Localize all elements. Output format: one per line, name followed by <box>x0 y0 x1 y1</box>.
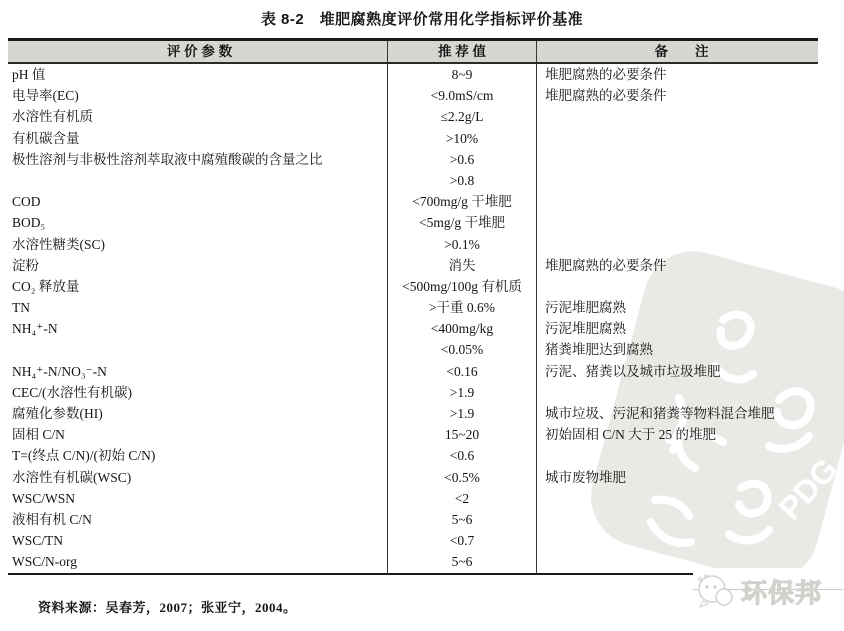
cell-recommended-value: >干重 0.6% <box>388 297 537 318</box>
cell-remark: 城市废物堆肥 <box>537 467 818 488</box>
cell-recommended-value: <2 <box>388 488 537 509</box>
table-row: <0.05% 猪粪堆肥达到腐熟 <box>8 339 818 360</box>
cell-remark <box>537 234 818 255</box>
table-row: 液相有机 C/N 5~6 <box>8 509 818 530</box>
cell-remark: 污泥堆肥腐熟 <box>537 318 818 339</box>
cell-remark: 城市垃圾、污泥和猪粪等物料混合堆肥 <box>537 403 818 424</box>
cell-parameter: 水溶性有机碳(WSC) <box>8 467 388 488</box>
cell-remark: 污泥堆肥腐熟 <box>537 297 818 318</box>
cell-parameter: 水溶性有机质 <box>8 106 388 127</box>
cell-remark <box>537 488 818 509</box>
cell-remark <box>537 382 818 403</box>
table-row: NH₄⁺-N <400mg/kg 污泥堆肥腐熟 <box>8 318 818 339</box>
cell-parameter: 极性溶剂与非极性溶剂萃取液中腐殖酸碳的含量之比 <box>8 149 388 170</box>
cell-recommended-value: ≤2.2g/L <box>388 106 537 127</box>
cell-remark <box>537 551 818 572</box>
table-row: 固相 C/N 15~20 初始固相 C/N 大于 25 的堆肥 <box>8 424 818 445</box>
brand-watermark: 环保邦 <box>693 568 843 614</box>
cell-parameter <box>8 170 388 191</box>
cell-recommended-value: <0.6 <box>388 445 537 466</box>
table-row: pH 值 8~9 堆肥腐熟的必要条件 <box>8 64 818 85</box>
criteria-table: 评 价 参 数 推 荐 值 备 注 pH 值 8~9 堆肥腐熟的必要条件 电导率… <box>8 38 818 575</box>
cell-recommended-value: <500mg/100g 有机质 <box>388 276 537 297</box>
table-row: CO₂ 释放量 <500mg/100g 有机质 <box>8 276 818 297</box>
cell-remark: 堆肥腐熟的必要条件 <box>537 64 818 85</box>
cell-recommended-value: 5~6 <box>388 551 537 572</box>
chat-bubble-icon <box>693 571 737 611</box>
cell-recommended-value: 8~9 <box>388 64 537 85</box>
header-parameter: 评 价 参 数 <box>8 41 388 62</box>
cell-remark <box>537 212 818 233</box>
cell-parameter: 淀粉 <box>8 255 388 276</box>
cell-remark <box>537 170 818 191</box>
table-row: 淀粉 消失 堆肥腐熟的必要条件 <box>8 255 818 276</box>
cell-recommended-value: >1.9 <box>388 382 537 403</box>
cell-parameter: CEC/(水溶性有机碳) <box>8 382 388 403</box>
table-row: TN >干重 0.6% 污泥堆肥腐熟 <box>8 297 818 318</box>
table-row: WSC/WSN <2 <box>8 488 818 509</box>
cell-parameter: 有机碳含量 <box>8 128 388 149</box>
table-row: >0.8 <box>8 170 818 191</box>
cell-recommended-value: <9.0mS/cm <box>388 85 537 106</box>
header-recommended-value: 推 荐 值 <box>388 41 537 62</box>
cell-parameter: CO₂ 释放量 <box>8 276 388 297</box>
brand-watermark-label: 环保邦 <box>741 573 822 610</box>
cell-parameter: WSC/N-org <box>8 551 388 572</box>
cell-parameter: 水溶性糖类(SC) <box>8 234 388 255</box>
table-row: 水溶性有机质 ≤2.2g/L <box>8 106 818 127</box>
cell-recommended-value: >0.8 <box>388 170 537 191</box>
cell-recommended-value: 15~20 <box>388 424 537 445</box>
table-row: 极性溶剂与非极性溶剂萃取液中腐殖酸碳的含量之比 >0.6 <box>8 149 818 170</box>
cell-parameter: WSC/TN <box>8 530 388 551</box>
cell-remark: 猪粪堆肥达到腐熟 <box>537 339 818 360</box>
cell-remark <box>537 445 818 466</box>
cell-remark <box>537 128 818 149</box>
cell-parameter: pH 值 <box>8 64 388 85</box>
cell-recommended-value: >0.6 <box>388 149 537 170</box>
table-row: 电导率(EC) <9.0mS/cm 堆肥腐熟的必要条件 <box>8 85 818 106</box>
cell-recommended-value: <400mg/kg <box>388 318 537 339</box>
cell-remark: 堆肥腐熟的必要条件 <box>537 85 818 106</box>
cell-recommended-value: >10% <box>388 128 537 149</box>
cell-parameter: NH₄⁺-N <box>8 318 388 339</box>
cell-parameter: WSC/WSN <box>8 488 388 509</box>
cell-parameter: 液相有机 C/N <box>8 509 388 530</box>
cell-remark <box>537 530 818 551</box>
cell-recommended-value: 消失 <box>388 255 537 276</box>
cell-remark <box>537 106 818 127</box>
cell-recommended-value: <0.7 <box>388 530 537 551</box>
table-row: NH₄⁺-N/NO₃⁻-N <0.16 污泥、猪粪以及城市垃圾堆肥 <box>8 361 818 382</box>
cell-parameter: 电导率(EC) <box>8 85 388 106</box>
cell-parameter: T=(终点 C/N)/(初始 C/N) <box>8 445 388 466</box>
cell-parameter: TN <box>8 297 388 318</box>
cell-recommended-value: >0.1% <box>388 234 537 255</box>
table-row: WSC/N-org 5~6 <box>8 551 818 572</box>
table-body: pH 值 8~9 堆肥腐熟的必要条件 电导率(EC) <9.0mS/cm 堆肥腐… <box>8 64 818 573</box>
cell-remark <box>537 191 818 212</box>
cell-remark <box>537 509 818 530</box>
cell-parameter: 固相 C/N <box>8 424 388 445</box>
cell-recommended-value: <700mg/g 干堆肥 <box>388 191 537 212</box>
cell-remark <box>537 149 818 170</box>
table-row: T=(终点 C/N)/(初始 C/N) <0.6 <box>8 445 818 466</box>
cell-recommended-value: <0.16 <box>388 361 537 382</box>
table-header-row: 评 价 参 数 推 荐 值 备 注 <box>8 41 818 64</box>
table-row: 有机碳含量 >10% <box>8 128 818 149</box>
cell-recommended-value: <0.5% <box>388 467 537 488</box>
table-row: 水溶性有机碳(WSC) <0.5% 城市废物堆肥 <box>8 467 818 488</box>
header-remark: 备 注 <box>537 41 818 62</box>
cell-remark: 堆肥腐熟的必要条件 <box>537 255 818 276</box>
table-row: 腐殖化参数(HI) >1.9 城市垃圾、污泥和猪粪等物料混合堆肥 <box>8 403 818 424</box>
cell-parameter: NH₄⁺-N/NO₃⁻-N <box>8 361 388 382</box>
cell-remark: 初始固相 C/N 大于 25 的堆肥 <box>537 424 818 445</box>
watermark-strike-line <box>693 589 843 590</box>
table-row: 水溶性糖类(SC) >0.1% <box>8 234 818 255</box>
table-row: BOD₅ <5mg/g 干堆肥 <box>8 212 818 233</box>
cell-parameter: 腐殖化参数(HI) <box>8 403 388 424</box>
table-row: CEC/(水溶性有机碳) >1.9 <box>8 382 818 403</box>
table-row: COD <700mg/g 干堆肥 <box>8 191 818 212</box>
cell-parameter: BOD₅ <box>8 212 388 233</box>
cell-recommended-value: >1.9 <box>388 403 537 424</box>
cell-recommended-value: <0.05% <box>388 339 537 360</box>
table-row: WSC/TN <0.7 <box>8 530 818 551</box>
cell-recommended-value: <5mg/g 干堆肥 <box>388 212 537 233</box>
cell-recommended-value: 5~6 <box>388 509 537 530</box>
cell-remark: 污泥、猪粪以及城市垃圾堆肥 <box>537 361 818 382</box>
source-note: 资料来源：吴春芳，2007；张亚宁，2004。 <box>38 597 297 616</box>
cell-parameter <box>8 339 388 360</box>
cell-parameter: COD <box>8 191 388 212</box>
cell-remark <box>537 276 818 297</box>
table-title: 表 8-2 堆肥腐熟度评价常用化学指标评价基准 <box>0 8 844 29</box>
